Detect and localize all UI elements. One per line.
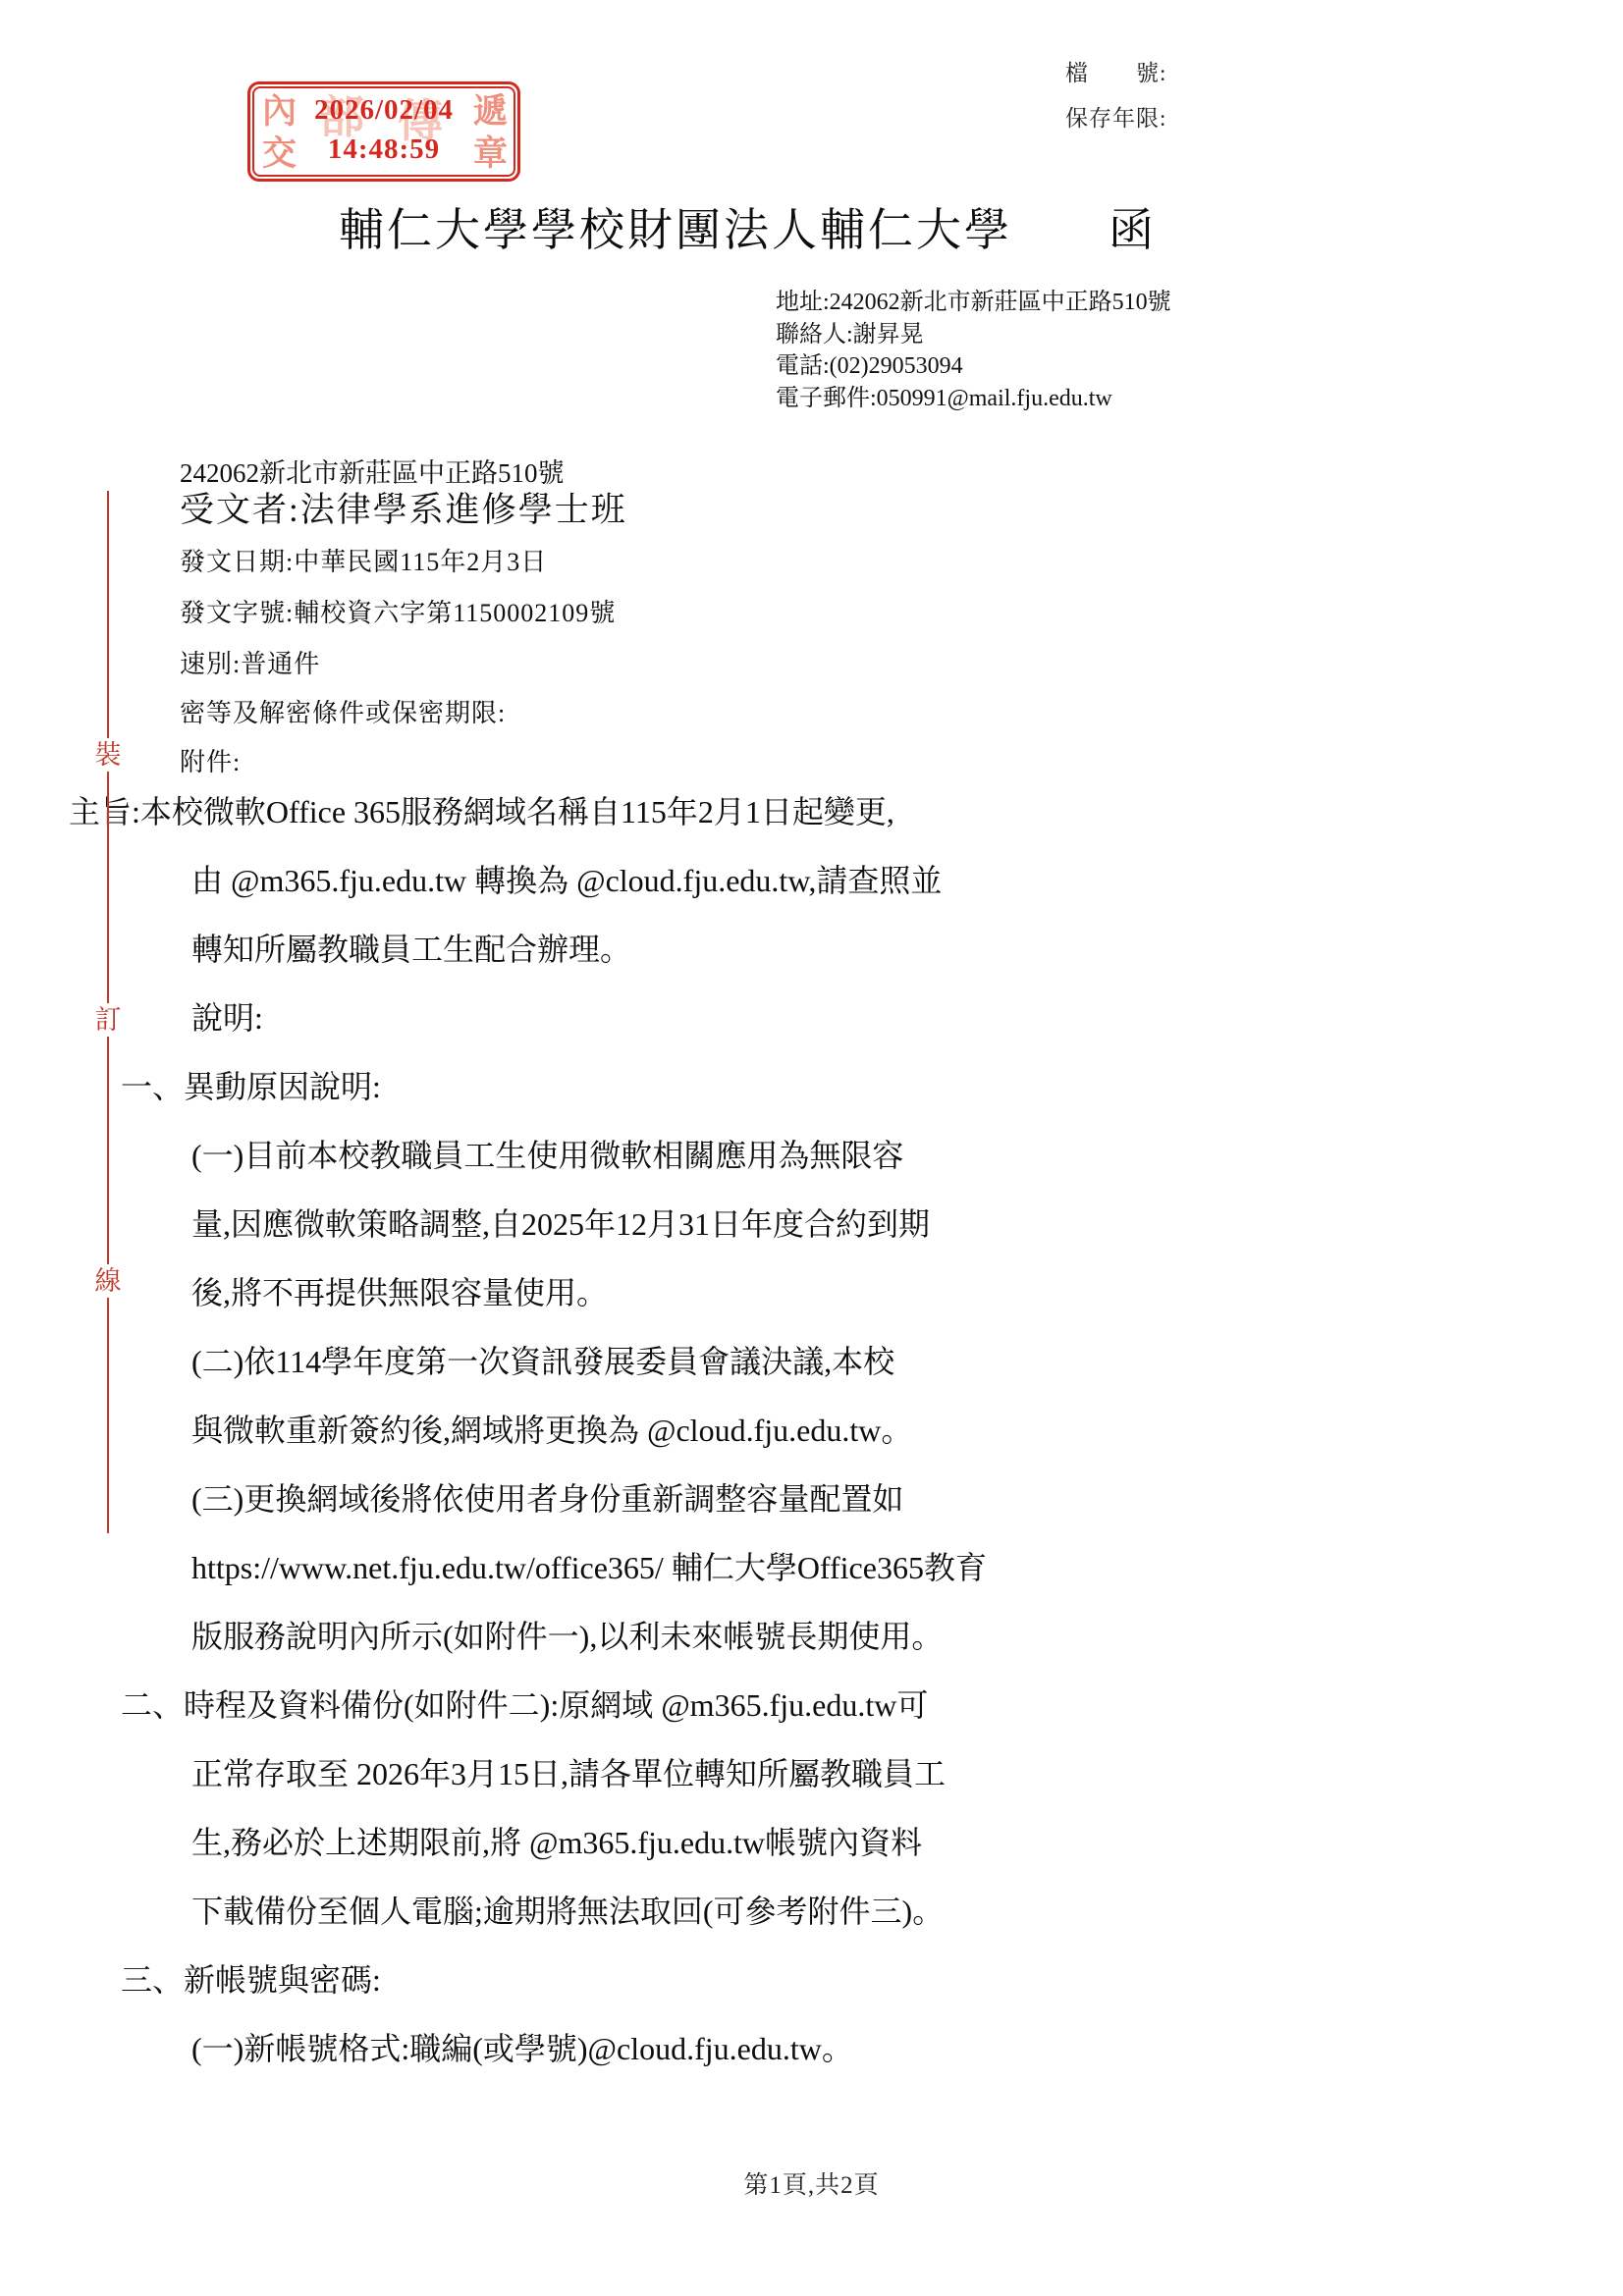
stamp-date: 2026/02/04 [250,90,517,130]
sender-address: 地址:242062新北市新莊區中正路510號 [776,287,1171,319]
explanation-item-2: 二、時程及資料備份(如附件二):原網域 @m365.fju.edu.tw可 正常… [191,1671,1458,1946]
doc-number-line: 發文字號:輔校資六字第1150002109號 [180,593,616,629]
binding-mark-ding: 訂 [92,1003,124,1037]
explanation-item-1-2: (二)依114學年度第一次資訊發展委員會議決議,本校 與微軟重新簽約後,網域將更… [191,1327,1458,1465]
explanation-item-1-1: (一)目前本校教職員工生使用微軟相關應用為無限容 量,因應微軟策略調整,自202… [191,1121,1458,1327]
issue-date-line: 發文日期:中華民國115年2月3日 [180,542,547,578]
explanation-item-1-3: (三)更換網域後將依使用者身份重新調整容量配置如 https://www.net… [191,1465,1458,1671]
binding-mark-xian: 線 [92,1264,124,1298]
stamp-datetime: 2026/02/04 14:48:59 [250,90,517,169]
page-number-footer: 第1頁,共2頁 [0,2165,1623,2201]
delivery-stamp: 部 傳 內 交 遞 章 2026/02/04 14:48:59 [247,81,520,182]
security-line: 密等及解密條件或保密期限: [180,693,506,729]
sender-contact-person: 聯絡人:謝昇晃 [776,319,1171,351]
subject-paragraph: 主旨:本校微軟Office 365服務網域名稱自115年2月1日起變更, 由 @… [191,777,1458,984]
sender-email: 電子郵件:050991@mail.fju.edu.tw [776,383,1171,415]
attachment-line: 附件: [180,742,241,778]
binding-mark-zhuang: 裝 [92,738,124,772]
official-letter-page: 部 傳 內 交 遞 章 2026/02/04 14:48:59 檔 號: 保存年… [0,0,1623,2296]
letter-body: 主旨:本校微軟Office 365服務網域名稱自115年2月1日起變更, 由 @… [191,777,1458,2083]
archival-labels: 檔 號: 保存年限: [1065,51,1166,141]
stamp-time: 14:48:59 [250,130,517,169]
explanation-item-1: 一、異動原因說明: [191,1052,1458,1121]
explanation-heading: 說明: [191,984,1458,1052]
retention-period-label: 保存年限: [1065,96,1166,141]
sender-contact-block: 地址:242062新北市新莊區中正路510號 聯絡人:謝昇晃 電話:(02)29… [776,287,1171,414]
explanation-item-3-1: (一)新帳號格式:職編(或學號)@cloud.fju.edu.tw。 [191,2014,1458,2083]
speed-line: 速別:普通件 [180,644,320,680]
file-number-label: 檔 號: [1065,51,1166,96]
recipient-line: 受文者:法律學系進修學士班 [180,483,627,532]
document-title: 輔仁大學學校財團法人輔仁大學 函 [339,194,1157,259]
sender-phone: 電話:(02)29053094 [776,350,1171,383]
explanation-item-3: 三、新帳號與密碼: [191,1946,1458,2014]
